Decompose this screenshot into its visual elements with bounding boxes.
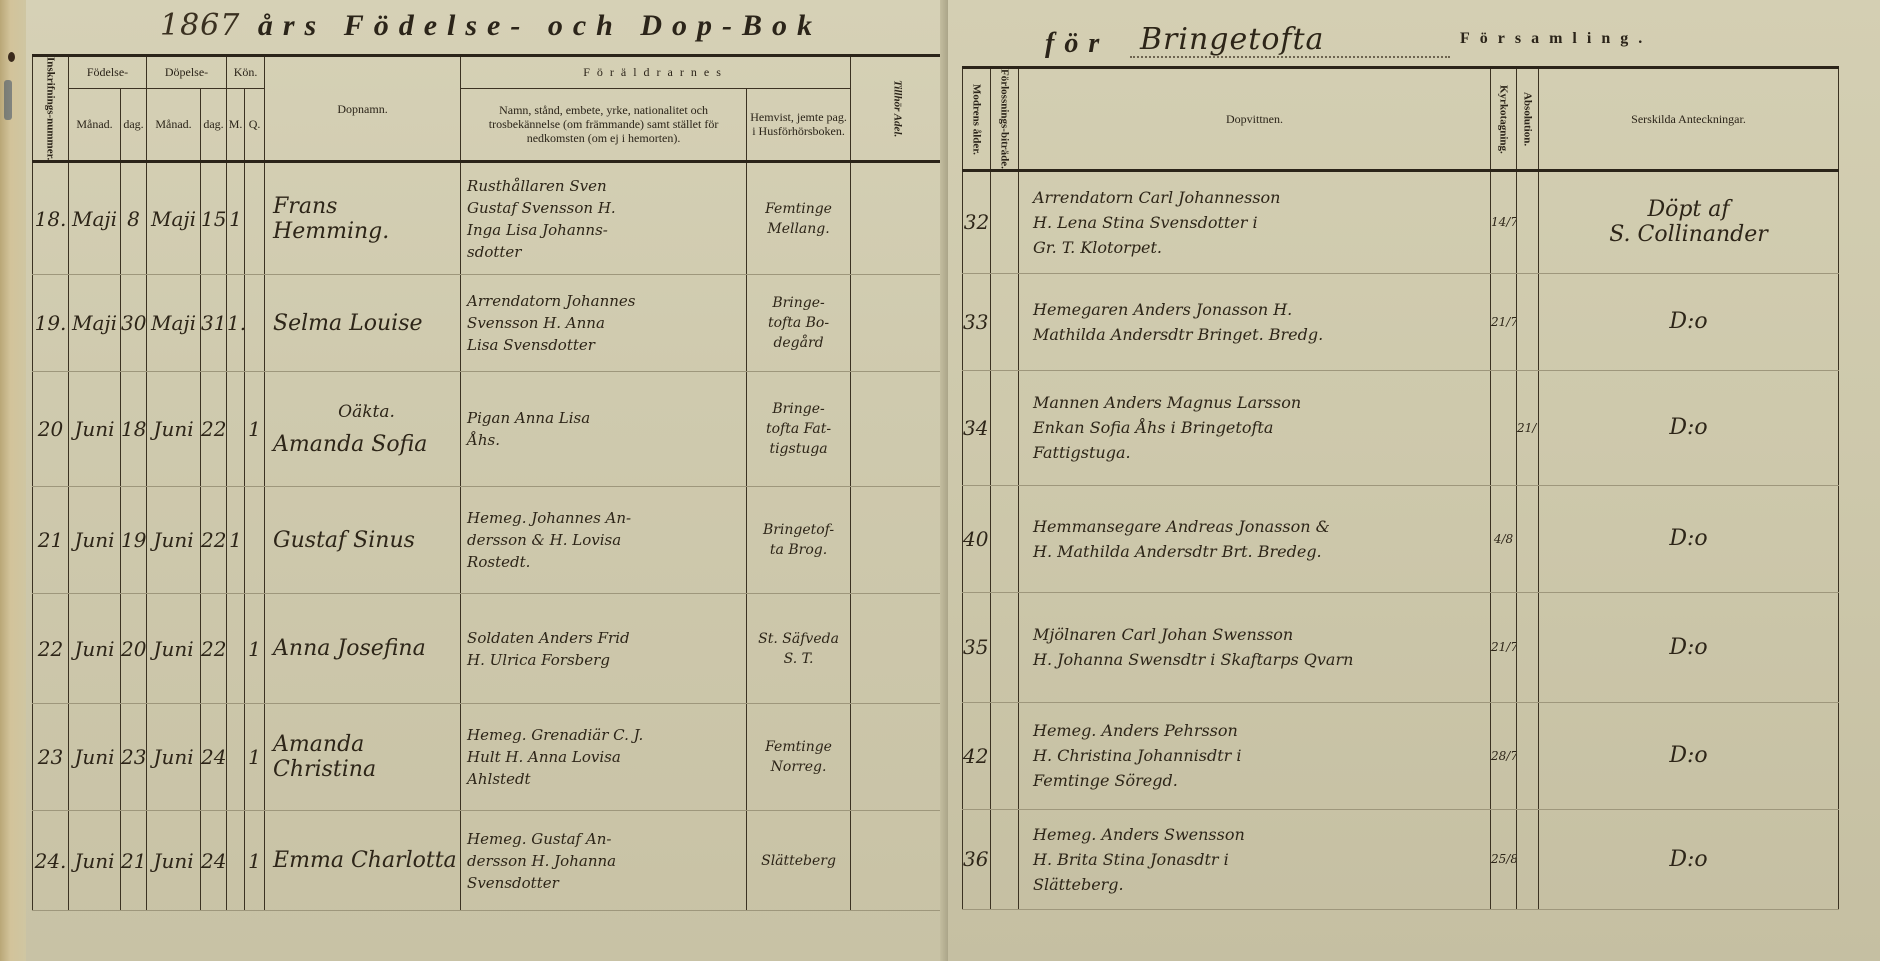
page-edge xyxy=(0,0,26,961)
sex-female xyxy=(245,162,265,275)
record-row: 36. Hemeg. Anders Swensson H. Brita Stin… xyxy=(963,809,1839,909)
entry-number: 23 xyxy=(33,704,69,811)
parish-name: Bringetofta xyxy=(1130,22,1324,57)
entry-number: 21 xyxy=(33,487,69,594)
nobility-cell xyxy=(851,487,945,594)
baptism-day: 22 xyxy=(201,487,227,594)
parents-entry: Pigan Anna Lisa Åhs. xyxy=(461,372,747,487)
special-note: D:o xyxy=(1539,485,1839,592)
birth-day: 23 xyxy=(121,704,147,811)
parents-entry: Hemeg. Johannes An- dersson & H. Lovisa … xyxy=(461,487,747,594)
birth-month: Juni xyxy=(69,811,121,911)
baptismal-name: Gustaf Sinus xyxy=(265,487,461,594)
sex-female: 1 xyxy=(245,594,265,704)
churching-date: 25/8 xyxy=(1491,809,1517,909)
baptism-day: 24 xyxy=(201,704,227,811)
baptismal-name-cell: Oäkta. Amanda Sofia xyxy=(265,372,461,487)
birth-month: Juni xyxy=(69,487,121,594)
birth-month: Juni xyxy=(69,704,121,811)
header-baptismal-name: Dopnamn. xyxy=(265,56,461,162)
illegitimate-remark: Oäkta. xyxy=(273,402,460,422)
baptism-month: Juni xyxy=(147,811,201,911)
witnesses-entry: Arrendatorn Carl Johannesson H. Lena Sti… xyxy=(1019,170,1491,273)
baptism-month: Juni xyxy=(147,372,201,487)
churching-date xyxy=(1491,370,1517,485)
left-page-title: 1867 års Födelse- och Dop-Bok xyxy=(160,8,822,43)
record-row: 32 Arrendatorn Carl Johannesson H. Lena … xyxy=(963,170,1839,273)
special-note: D:o xyxy=(1539,809,1839,909)
sex-female xyxy=(245,487,265,594)
absolution-date xyxy=(1517,485,1539,592)
entry-number: 19. xyxy=(33,275,69,372)
entry-number: 22 xyxy=(33,594,69,704)
churching-date: 21/7 xyxy=(1491,273,1517,370)
special-note: D:o xyxy=(1539,273,1839,370)
mother-age: 36. xyxy=(963,809,991,909)
record-row: 24. Juni 21 Juni 24 1 Emma Charlotta Hem… xyxy=(33,811,945,911)
special-note: Döpt af S. Collinander xyxy=(1539,170,1839,273)
sex-male: 1 xyxy=(227,162,245,275)
baptism-month: Juni xyxy=(147,594,201,704)
entry-number: 24. xyxy=(33,811,69,911)
mother-age: 34. xyxy=(963,370,991,485)
mother-age: 33. xyxy=(963,273,991,370)
midwife-cell xyxy=(991,485,1019,592)
midwife-cell xyxy=(991,370,1019,485)
parents-entry: Rusthållaren Sven Gustaf Svensson H. Ing… xyxy=(461,162,747,275)
residence-entry: Bringetof- ta Brog. xyxy=(747,487,851,594)
special-note: D:o xyxy=(1539,370,1839,485)
record-row: 22 Juni 20 Juni 22 1 Anna Josefina Solda… xyxy=(33,594,945,704)
header-sex: Kön. xyxy=(227,56,265,89)
baptismal-name: Anna Josefina xyxy=(265,594,461,704)
nobility-cell xyxy=(851,594,945,704)
midwife-cell xyxy=(991,702,1019,809)
header-nobility: Tillhör Adel. xyxy=(892,80,904,137)
churching-date: 28/7 xyxy=(1491,702,1517,809)
baptism-day: 31 xyxy=(201,275,227,372)
header-birth-day: dag. xyxy=(121,88,147,162)
birth-month: Maji xyxy=(69,162,121,275)
birth-day: 20 xyxy=(121,594,147,704)
absolution-date xyxy=(1517,273,1539,370)
mother-age: 32 xyxy=(963,170,991,273)
witnesses-entry: Hemmansegare Andreas Jonasson & H. Mathi… xyxy=(1019,485,1491,592)
nobility-cell xyxy=(851,372,945,487)
entry-number: 18. xyxy=(33,162,69,275)
title-text: års Födelse- och Dop-Bok xyxy=(258,9,822,42)
record-row: 34. Mannen Anders Magnus Larsson Enkan S… xyxy=(963,370,1839,485)
title-year: 1867 xyxy=(160,8,240,43)
baptism-day: 24 xyxy=(201,811,227,911)
baptism-month: Maji xyxy=(147,162,201,275)
churching-date: 21/7 xyxy=(1491,592,1517,702)
nobility-cell xyxy=(851,275,945,372)
header-baptism-day: dag. xyxy=(201,88,227,162)
parish-name-field: Bringetofta xyxy=(1130,22,1450,58)
birth-month: Juni xyxy=(69,594,121,704)
residence-entry: Bringe- tofta Bo- degård xyxy=(747,275,851,372)
sex-male: 1 xyxy=(227,487,245,594)
record-row: 23 Juni 23 Juni 24 1 Amanda Christina He… xyxy=(33,704,945,811)
right-ledger-table: Modrens ålder. Förlossnings-biträde. Dop… xyxy=(962,66,1839,910)
left-ledger-page: 1867 års Födelse- och Dop-Bok Inskrifnin… xyxy=(0,0,948,961)
parents-entry: Hemeg. Gustaf An- dersson H. Johanna Sve… xyxy=(461,811,747,911)
header-baptism-month: Månad. xyxy=(147,88,201,162)
residence-entry: St. Säfveda S. T. xyxy=(747,594,851,704)
baptismal-name: Frans Hemming. xyxy=(265,162,461,275)
header-male: M. xyxy=(227,88,245,162)
residence-entry: Femtinge Norreg. xyxy=(747,704,851,811)
header-birth: Födelse- xyxy=(69,56,147,89)
baptismal-name: Selma Louise xyxy=(265,275,461,372)
baptismal-name: Emma Charlotta xyxy=(265,811,461,911)
parents-entry: Hemeg. Grenadiär C. J. Hult H. Anna Lovi… xyxy=(461,704,747,811)
header-churching: Kyrkotagning. xyxy=(1498,85,1510,154)
sex-female xyxy=(245,275,265,372)
churching-date: 4/8 xyxy=(1491,485,1517,592)
record-row: 19. Maji 30 Maji 31 1. Selma Louise Arre… xyxy=(33,275,945,372)
absolution-date xyxy=(1517,592,1539,702)
header-absolution: Absolution. xyxy=(1522,92,1534,146)
parents-entry: Soldaten Anders Frid H. Ulrica Forsberg xyxy=(461,594,747,704)
ink-blot xyxy=(8,52,15,62)
sex-male xyxy=(227,811,245,911)
record-row: 42. Hemeg. Anders Pehrsson H. Christina … xyxy=(963,702,1839,809)
absolution-date xyxy=(1517,170,1539,273)
churching-date: 14/7 xyxy=(1491,170,1517,273)
birth-day: 8 xyxy=(121,162,147,275)
parents-entry: Arrendatorn Johannes Svensson H. Anna Li… xyxy=(461,275,747,372)
special-note: D:o xyxy=(1539,702,1839,809)
sex-male xyxy=(227,372,245,487)
absolution-date xyxy=(1517,809,1539,909)
witnesses-entry: Mjölnaren Carl Johan Swensson H. Johanna… xyxy=(1019,592,1491,702)
birth-month: Maji xyxy=(69,275,121,372)
witnesses-entry: Hemeg. Anders Pehrsson H. Christina Joha… xyxy=(1019,702,1491,809)
witnesses-entry: Hemegaren Anders Jonasson H. Mathilda An… xyxy=(1019,273,1491,370)
absolution-date: 21/7 xyxy=(1517,370,1539,485)
left-ledger-table: Inskrifnings-nummer. Födelse- Döpelse- K… xyxy=(32,54,945,911)
witnesses-entry: Hemeg. Anders Swensson H. Brita Stina Jo… xyxy=(1019,809,1491,909)
nobility-cell xyxy=(851,811,945,911)
witnesses-entry: Mannen Anders Magnus Larsson Enkan Sofia… xyxy=(1019,370,1491,485)
sex-male xyxy=(227,594,245,704)
baptism-month: Maji xyxy=(147,275,201,372)
baptismal-name: Amanda Sofia xyxy=(273,432,427,457)
midwife-cell xyxy=(991,592,1019,702)
sex-male xyxy=(227,704,245,811)
residence-entry: Bringe- tofta Fat- tigstuga xyxy=(747,372,851,487)
special-note: D:o xyxy=(1539,592,1839,702)
absolution-date xyxy=(1517,702,1539,809)
sex-female: 1 xyxy=(245,811,265,911)
baptism-day: 22 xyxy=(201,372,227,487)
header-midwife: Förlossnings-biträde. xyxy=(999,69,1011,169)
record-row: 33. Hemegaren Anders Jonasson H. Mathild… xyxy=(963,273,1839,370)
mother-age: 42. xyxy=(963,702,991,809)
midwife-cell xyxy=(991,273,1019,370)
record-row: 35. Mjölnaren Carl Johan Swensson H. Joh… xyxy=(963,592,1839,702)
nobility-cell xyxy=(851,704,945,811)
birth-day: 18 xyxy=(121,372,147,487)
birth-day: 19 xyxy=(121,487,147,594)
record-row: 40. Hemmansegare Andreas Jonasson & H. M… xyxy=(963,485,1839,592)
header-mother-age: Modrens ålder. xyxy=(971,84,983,155)
baptism-month: Juni xyxy=(147,704,201,811)
header-entry-number: Inskrifnings-nummer. xyxy=(45,57,57,160)
header-residence: Hemvist, jemte pag. i Husförhörsboken. xyxy=(747,88,851,162)
right-page-title-suffix: Församling. xyxy=(1460,30,1652,48)
record-row: 21 Juni 19 Juni 22 1 Gustaf Sinus Hemeg.… xyxy=(33,487,945,594)
baptism-month: Juni xyxy=(147,487,201,594)
mother-age: 40. xyxy=(963,485,991,592)
birth-month: Juni xyxy=(69,372,121,487)
record-row: 20 Juni 18 Juni 22 1 Oäkta. Amanda Sofia… xyxy=(33,372,945,487)
entry-number: 20 xyxy=(33,372,69,487)
residence-entry: Slätteberg xyxy=(747,811,851,911)
baptismal-name: Amanda Christina xyxy=(265,704,461,811)
sex-female: 1 xyxy=(245,704,265,811)
header-notes: Serskilda Anteckningar. xyxy=(1539,68,1839,171)
residence-entry: Femtinge Mellang. xyxy=(747,162,851,275)
header-witnesses: Dopvittnen. xyxy=(1019,68,1491,171)
record-row: 18. Maji 8 Maji 15 1 Frans Hemming. Rust… xyxy=(33,162,945,275)
mother-age: 35. xyxy=(963,592,991,702)
header-parents-details: Namn, stånd, embete, yrke, nationalitet … xyxy=(461,88,747,162)
header-parents: Föräldrarnes xyxy=(461,56,851,89)
header-female: Q. xyxy=(245,88,265,162)
nobility-cell xyxy=(851,162,945,275)
sex-female: 1 xyxy=(245,372,265,487)
sex-male: 1. xyxy=(227,275,245,372)
baptism-day: 15 xyxy=(201,162,227,275)
birth-day: 30 xyxy=(121,275,147,372)
header-baptism: Döpelse- xyxy=(147,56,227,89)
ink-stain xyxy=(4,80,12,120)
midwife-cell xyxy=(991,809,1019,909)
header-birth-month: Månad. xyxy=(69,88,121,162)
midwife-cell xyxy=(991,170,1019,273)
birth-day: 21 xyxy=(121,811,147,911)
right-page-title-prefix: för xyxy=(1045,28,1109,60)
baptism-day: 22 xyxy=(201,594,227,704)
